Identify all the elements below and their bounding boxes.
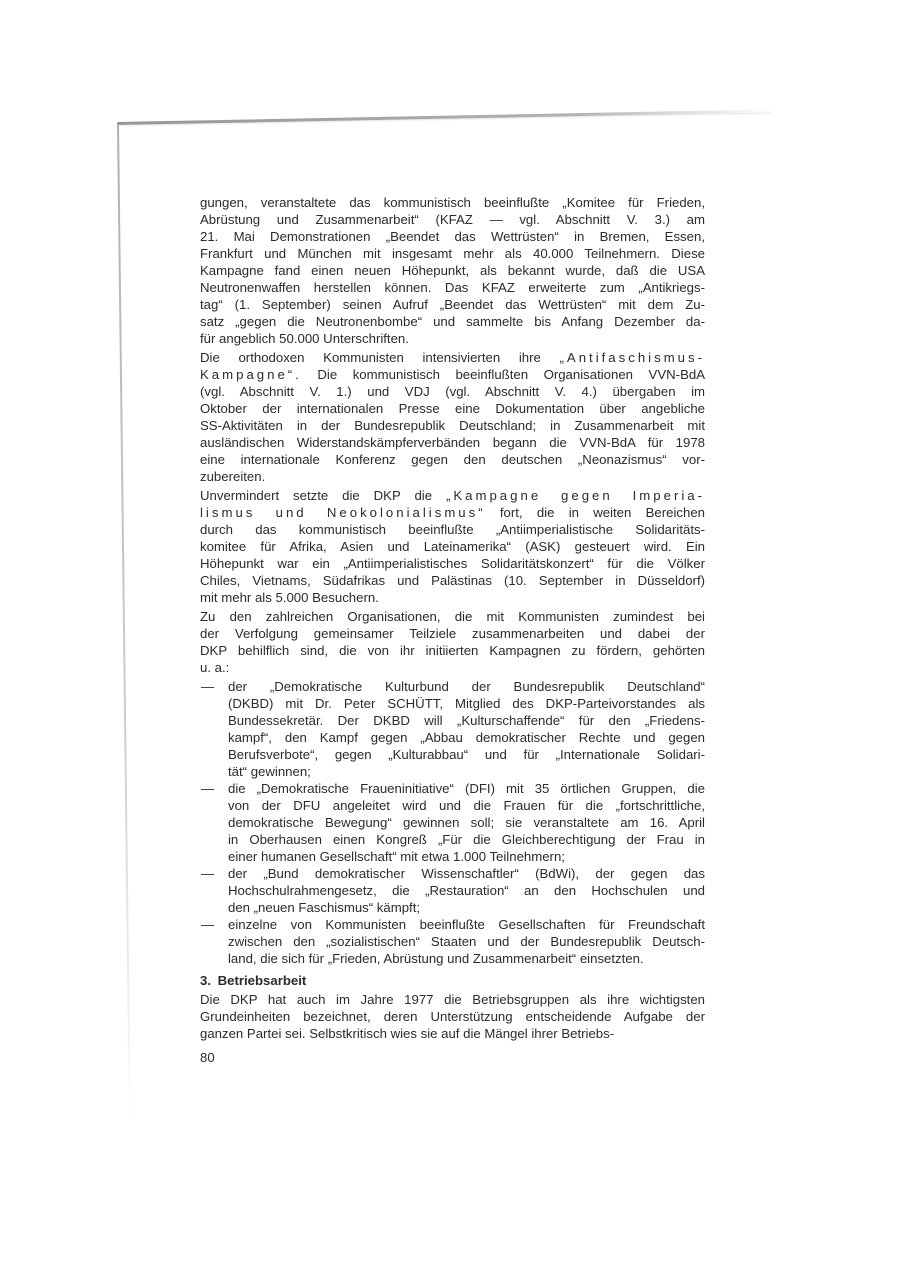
text-line: 21. Mai Demonstrationen „Beendet das Wet… xyxy=(200,228,705,245)
list-dash-marker: — xyxy=(201,780,214,797)
text-run: Unvermindert setzte die DKP die xyxy=(200,488,446,503)
text-line: Frankfurt und München mit insgesamt mehr… xyxy=(200,245,705,262)
list-item: —der „Bund demokratischer Wissenschaftle… xyxy=(200,865,705,916)
list-dash-marker: — xyxy=(201,916,214,933)
text-line: land, die sich für „Frieden, Abrüstung u… xyxy=(228,950,705,967)
text-run: 21. Mai Demonstrationen „Beendet das Wet… xyxy=(200,229,705,244)
paragraph: gungen, veranstaltete das kommunistisch … xyxy=(200,194,705,347)
letterspaced-text: „Kampagne gegen Imperia- xyxy=(446,488,705,503)
text-run: ganzen Partei sei. Selbstkritisch wies s… xyxy=(200,1026,614,1041)
text-line: Grundeinheiten bezeichnet, deren Unterst… xyxy=(200,1008,705,1025)
text-run: tät“ gewinnen; xyxy=(228,764,311,779)
paragraph: Zu den zahlreichen Organisationen, die m… xyxy=(200,608,705,676)
text-line: Zu den zahlreichen Organisationen, die m… xyxy=(200,608,705,625)
text-line: Höhepunkt war ein „Antiimperialistisches… xyxy=(200,555,705,572)
text-line: die „Demokratische Fraueninitiative“ (DF… xyxy=(228,780,705,797)
text-line: Neutronenwaffen herstellen können. Das K… xyxy=(200,279,705,296)
text-run: Frankfurt und München mit insgesamt mehr… xyxy=(200,246,705,261)
text-line: durch das kommunistisch beeinflußte „Ant… xyxy=(200,521,705,538)
text-line: den „neuen Faschismus“ kämpft; xyxy=(228,899,705,916)
page-left-edge xyxy=(117,124,130,1124)
text-line: ausländischen Widerstandskämpferverbände… xyxy=(200,434,705,451)
list-dash-marker: — xyxy=(201,678,214,695)
text-line: Abrüstung und Zusammenarbeit“ (KFAZ — vg… xyxy=(200,211,705,228)
text-run: eine internationale Konferenz gegen den … xyxy=(200,452,705,467)
text-line: der Verfolgung gemeinsamer Teilziele zus… xyxy=(200,625,705,642)
scanned-document-page: gungen, veranstaltete das kommunistisch … xyxy=(0,0,900,1272)
text-line: Berufsverbote“, gegen „Kulturabbau“ und … xyxy=(228,746,705,763)
text-run: 3. Betriebsarbeit xyxy=(200,973,306,988)
text-run: Die orthodoxen Kommunisten intensivierte… xyxy=(200,350,560,365)
text-run: Abrüstung und Zusammenarbeit“ (KFAZ — vg… xyxy=(200,212,705,227)
text-run: einer humanen Gesellschaft“ mit etwa 1.0… xyxy=(228,849,565,864)
text-line: u. a.: xyxy=(200,659,705,676)
text-line: satz „gegen die Neutronenbombe“ und samm… xyxy=(200,313,705,330)
text-run: der Verfolgung gemeinsamer Teilziele zus… xyxy=(200,626,705,641)
text-line: Die DKP hat auch im Jahre 1977 die Betri… xyxy=(200,991,705,1008)
document-text-block: gungen, veranstaltete das kommunistisch … xyxy=(200,194,705,1044)
letterspaced-text: lismus und Neokolonialismus“ xyxy=(200,505,486,520)
text-run: Die DKP hat auch im Jahre 1977 die Betri… xyxy=(200,992,705,1007)
text-run: komitee für Afrika, Asien und Lateinamer… xyxy=(200,539,705,554)
list-item: —die „Demokratische Fraueninitiative“ (D… xyxy=(200,780,705,865)
text-line: gungen, veranstaltete das kommunistisch … xyxy=(200,194,705,211)
text-run: Hochschulrahmengesetz, die „Restauration… xyxy=(228,883,705,898)
text-run: von der DFU angeleitet wird und die Frau… xyxy=(228,798,705,813)
text-line: Kampagne“. Die kommunistisch beeinflußte… xyxy=(200,366,705,383)
text-line: Unvermindert setzte die DKP die „Kampagn… xyxy=(200,487,705,504)
text-run: DKP behilflich sind, die von ihr initiie… xyxy=(200,643,705,658)
text-line: (vgl. Abschnitt V. 1.) und VDJ (vgl. Abs… xyxy=(200,383,705,400)
list-item: —einzelne von Kommunisten beeinflußte Ge… xyxy=(200,916,705,967)
letterspaced-text: „Antifaschismus- xyxy=(560,350,705,365)
text-run: (vgl. Abschnitt V. 1.) und VDJ (vgl. Abs… xyxy=(200,384,705,399)
text-line: eine internationale Konferenz gegen den … xyxy=(200,451,705,468)
text-run: Höhepunkt war ein „Antiimperialistisches… xyxy=(200,556,705,571)
text-run: Kampagne fand einen neuen Höhepunkt, als… xyxy=(200,263,705,278)
text-line: Kampagne fand einen neuen Höhepunkt, als… xyxy=(200,262,705,279)
text-run: mit mehr als 5.000 Besuchern. xyxy=(200,590,379,605)
text-run: einzelne von Kommunisten beeinflußte Ges… xyxy=(228,917,705,932)
text-run: für angeblich 50.000 Unterschriften. xyxy=(200,331,409,346)
text-run: in Oberhausen einen Kongreß „Für die Gle… xyxy=(228,832,705,847)
text-run: Oktober der internationalen Presse eine … xyxy=(200,401,705,416)
text-run: ausländischen Widerstandskämpferverbände… xyxy=(200,435,705,450)
text-run: der „Bund demokratischer Wissenschaftler… xyxy=(228,866,705,881)
text-run: durch das kommunistisch beeinflußte „Ant… xyxy=(200,522,705,537)
text-line: von der DFU angeleitet wird und die Frau… xyxy=(228,797,705,814)
text-run: Die kommunistisch beeinflußten Organisat… xyxy=(302,367,705,382)
page-top-edge xyxy=(117,109,771,124)
text-line: tag“ (1. September) seinen Aufruf „Beend… xyxy=(200,296,705,313)
text-line: ganzen Partei sei. Selbstkritisch wies s… xyxy=(200,1025,705,1042)
text-line: (DKBD) mit Dr. Peter SCHÜTT, Mitglied de… xyxy=(228,695,705,712)
text-run: Berufsverbote“, gegen „Kulturabbau“ und … xyxy=(228,747,705,762)
text-run: (DKBD) mit Dr. Peter SCHÜTT, Mitglied de… xyxy=(228,696,705,711)
paragraph: Die DKP hat auch im Jahre 1977 die Betri… xyxy=(200,991,705,1042)
text-line: der „Demokratische Kulturbund der Bundes… xyxy=(228,678,705,695)
text-line: zwischen den „sozialistischen“ Staaten u… xyxy=(228,933,705,950)
text-line: kampf“, den Kampf gegen „Abbau demokrati… xyxy=(228,729,705,746)
text-line: tät“ gewinnen; xyxy=(228,763,705,780)
paragraph: Die orthodoxen Kommunisten intensivierte… xyxy=(200,349,705,485)
heading: 3. Betriebsarbeit xyxy=(200,972,705,989)
text-line: zubereiten. xyxy=(200,468,705,485)
text-run: demokratische Bewegung“ gewinnen soll; s… xyxy=(228,815,705,830)
text-run: die „Demokratische Fraueninitiative“ (DF… xyxy=(228,781,705,796)
text-run: Bundessekretär. Der DKBD will „Kultursch… xyxy=(228,713,705,728)
text-run: satz „gegen die Neutronenbombe“ und samm… xyxy=(200,314,705,329)
page-number: 80 xyxy=(200,1049,215,1066)
text-run: der „Demokratische Kulturbund der Bundes… xyxy=(228,679,705,694)
text-run: kampf“, den Kampf gegen „Abbau demokrati… xyxy=(228,730,705,745)
text-line: lismus und Neokolonialismus“ fort, die i… xyxy=(200,504,705,521)
list-dash-marker: — xyxy=(201,865,214,882)
text-run: tag“ (1. September) seinen Aufruf „Beend… xyxy=(200,297,705,312)
text-run: fort, die in weiten Bereichen xyxy=(486,505,705,520)
text-run: SS-Aktivitäten in der Bundesrepublik Deu… xyxy=(200,418,705,433)
text-run: zwischen den „sozialistischen“ Staaten u… xyxy=(228,934,705,949)
text-line: DKP behilflich sind, die von ihr initiie… xyxy=(200,642,705,659)
text-run: u. a.: xyxy=(200,660,229,675)
text-line: einer humanen Gesellschaft“ mit etwa 1.0… xyxy=(228,848,705,865)
text-line: für angeblich 50.000 Unterschriften. xyxy=(200,330,705,347)
paragraph: Unvermindert setzte die DKP die „Kampagn… xyxy=(200,487,705,606)
text-run: gungen, veranstaltete das kommunistisch … xyxy=(200,195,705,210)
text-run: Chiles, Vietnams, Südafrikas und Palästi… xyxy=(200,573,705,588)
text-line: Bundessekretär. Der DKBD will „Kultursch… xyxy=(228,712,705,729)
text-line: Chiles, Vietnams, Südafrikas und Palästi… xyxy=(200,572,705,589)
text-line: in Oberhausen einen Kongreß „Für die Gle… xyxy=(228,831,705,848)
text-line: der „Bund demokratischer Wissenschaftler… xyxy=(228,865,705,882)
text-line: demokratische Bewegung“ gewinnen soll; s… xyxy=(228,814,705,831)
text-line: 3. Betriebsarbeit xyxy=(200,972,705,989)
text-run: land, die sich für „Frieden, Abrüstung u… xyxy=(228,951,644,966)
text-line: Oktober der internationalen Presse eine … xyxy=(200,400,705,417)
text-run: Grundeinheiten bezeichnet, deren Unterst… xyxy=(200,1009,705,1024)
text-run: zubereiten. xyxy=(200,469,265,484)
text-run: den „neuen Faschismus“ kämpft; xyxy=(228,900,420,915)
text-line: einzelne von Kommunisten beeinflußte Ges… xyxy=(228,916,705,933)
text-line: Hochschulrahmengesetz, die „Restauration… xyxy=(228,882,705,899)
text-line: Die orthodoxen Kommunisten intensivierte… xyxy=(200,349,705,366)
text-run: Zu den zahlreichen Organisationen, die m… xyxy=(200,609,705,624)
text-run: Neutronenwaffen herstellen können. Das K… xyxy=(200,280,705,295)
letterspaced-text: Kampagne“. xyxy=(200,367,302,382)
text-line: komitee für Afrika, Asien und Lateinamer… xyxy=(200,538,705,555)
list-item: —der „Demokratische Kulturbund der Bunde… xyxy=(200,678,705,780)
text-line: mit mehr als 5.000 Besuchern. xyxy=(200,589,705,606)
text-line: SS-Aktivitäten in der Bundesrepublik Deu… xyxy=(200,417,705,434)
